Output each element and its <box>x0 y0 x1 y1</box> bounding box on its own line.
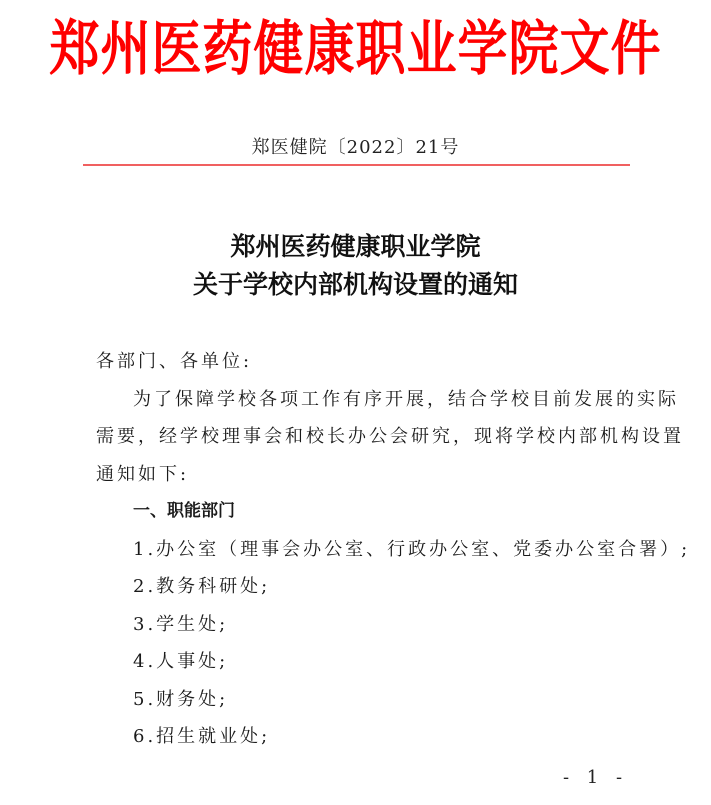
notice-title: 郑州医药健康职业学院 关于学校内部机构设置的通知 <box>0 228 711 304</box>
salutation: 各部门、各单位: <box>96 343 636 381</box>
paragraph-line-1: 为了保障学校各项工作有序开展，结合学校目前发展的实际 <box>96 381 636 419</box>
paragraph-line-3: 通知如下: <box>96 456 636 494</box>
document-number: 郑医健院〔2022〕21号 <box>0 133 711 159</box>
page-number: - 1 - <box>563 767 628 788</box>
masthead-title: 郑州医药健康职业学院文件 <box>0 10 711 88</box>
notice-title-line-1: 郑州医药健康职业学院 <box>0 228 711 266</box>
section-heading: 一、职能部门 <box>96 493 636 531</box>
list-item: 4.人事处; <box>96 643 636 681</box>
red-divider <box>83 164 630 166</box>
list-item: 6.招生就业处; <box>96 718 636 756</box>
list-item: 3.学生处; <box>96 606 636 644</box>
list-item: 1.办公室（理事会办公室、行政办公室、党委办公室合署）; <box>96 531 636 569</box>
notice-title-line-2: 关于学校内部机构设置的通知 <box>0 266 711 304</box>
paragraph-line-2: 需要，经学校理事会和校长办公会研究，现将学校内部机构设置 <box>96 418 636 456</box>
list-item: 2.教务科研处; <box>96 568 636 606</box>
notice-body: 各部门、各单位: 为了保障学校各项工作有序开展，结合学校目前发展的实际 需要，经… <box>96 343 636 756</box>
list-item: 5.财务处; <box>96 681 636 719</box>
